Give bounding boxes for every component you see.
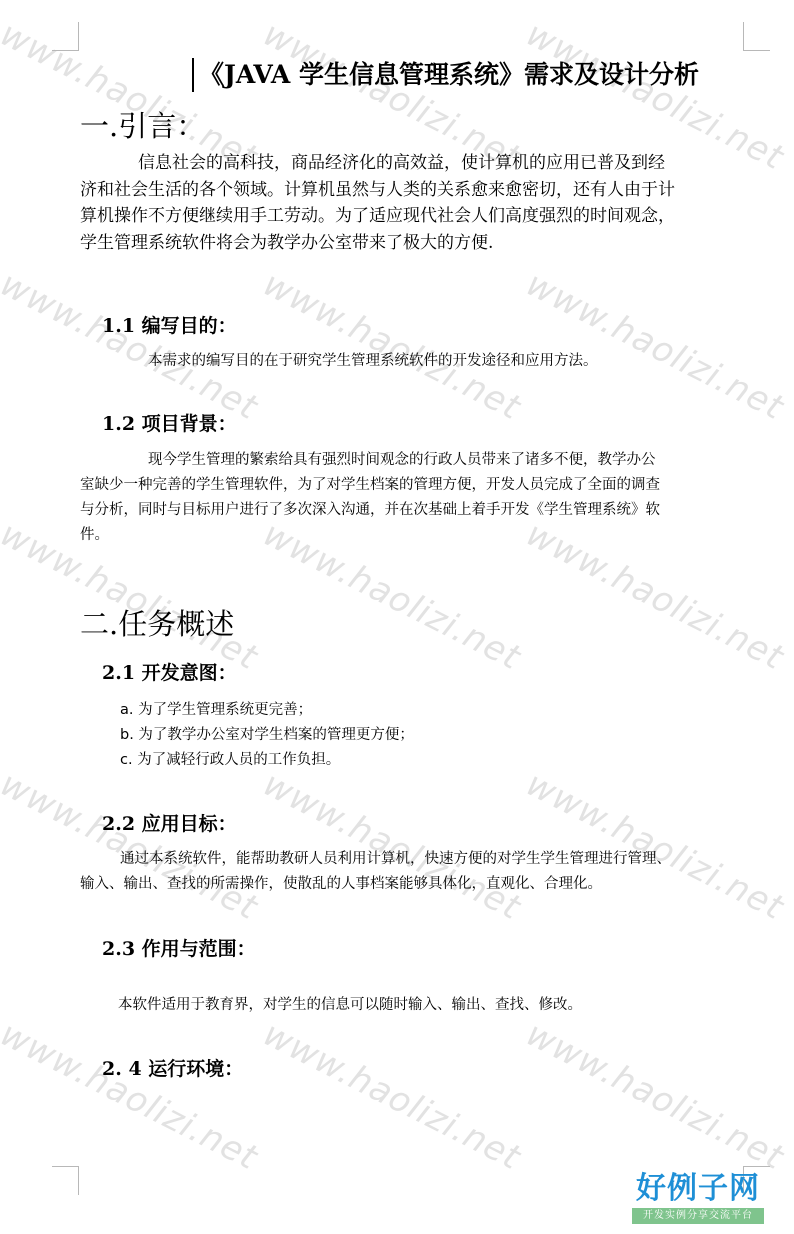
paragraph-line: 输入、输出、查找的所需操作，使散乱的人事档案能够具体化，直观化、合理化。 [80,872,671,897]
subsection-heading-scope: 2.3 作用与范围： [102,936,256,962]
paragraph-line: 现今学生管理的繁索给具有强烈时间观念的行政人员带来了诸多不便，教学办公 [80,448,660,473]
paragraph-line: 本需求的编写目的在于研究学生管理系统软件的开发途径和应用方法。 [148,349,598,374]
list-item: c. 为了减轻行政人员的工作负担。 [120,748,414,773]
paragraph-line: 室缺少一种完善的学生管理软件，为了对学生档案的管理方便，开发人员完成了全面的调查 [80,473,660,498]
site-logo: 好例子网 开发实例分享交流平台 [632,1172,764,1224]
document-page: 《JAVA 学生信息管理系统》需求及设计分析 一.引言： 信息社会的高科技，商品… [0,0,794,1234]
logo-tagline: 开发实例分享交流平台 [632,1208,764,1224]
subsection-heading-purpose: 1.1 编写目的： [102,313,237,339]
paragraph-line: 本软件适用于教育界，对学生的信息可以随时输入、输出、查找、修改。 [118,993,582,1018]
paragraph-line: 学生管理系统软件将会为教学办公室带来了极大的方便. [80,230,675,257]
background-paragraph: 现今学生管理的繁索给具有强烈时间观念的行政人员带来了诸多不便，教学办公 室缺少一… [80,448,660,548]
paragraph-line: 济和社会生活的各个领域。计算机虽然与人类的关系愈来愈密切，还有人由于计 [80,177,675,204]
list-item: a. 为了学生管理系统更完善； [120,698,414,723]
document-title: 《JAVA 学生信息管理系统》需求及设计分析 [192,58,699,92]
paragraph-line: 与分析，同时与目标用户进行了多次深入沟通，并在次基础上着手开发《学生管理系统》软 [80,498,660,523]
paragraph-line: 算机操作不方便继续用手工劳动。为了适应现代社会人们高度强烈的时间观念， [80,203,675,230]
purpose-paragraph: 本需求的编写目的在于研究学生管理系统软件的开发途径和应用方法。 [148,349,598,374]
subsection-heading-background: 1.2 项目背景： [102,411,237,437]
development-intent-list: a. 为了学生管理系统更完善； b. 为了教学办公室对学生档案的管理更方便； c… [120,698,414,773]
section-heading-introduction: 一.引言： [80,108,205,144]
subsection-heading-runtime-environment: 2. 4 运行环境： [102,1056,243,1082]
logo-title: 好例子网 [632,1172,764,1206]
section-heading-task-overview: 二.任务概述 [80,606,234,642]
application-goals-paragraph: 通过本系统软件，能帮助教研人员利用计算机，快速方便的对学生学生管理进行管理、 输… [80,847,671,897]
scope-paragraph: 本软件适用于教育界，对学生的信息可以随时输入、输出、查找、修改。 [118,993,582,1018]
subsection-heading-application-goals: 2.2 应用目标： [102,811,237,837]
introduction-paragraph: 信息社会的高科技，商品经济化的高效益，使计算机的应用已普及到经 济和社会生活的各… [80,150,675,256]
list-item: b. 为了教学办公室对学生档案的管理更方便； [120,723,414,748]
subsection-heading-development-intent: 2.1 开发意图： [102,660,237,686]
paragraph-line: 件。 [80,523,660,548]
paragraph-line: 信息社会的高科技，商品经济化的高效益，使计算机的应用已普及到经 [80,150,675,177]
paragraph-line: 通过本系统软件，能帮助教研人员利用计算机，快速方便的对学生学生管理进行管理、 [80,847,671,872]
